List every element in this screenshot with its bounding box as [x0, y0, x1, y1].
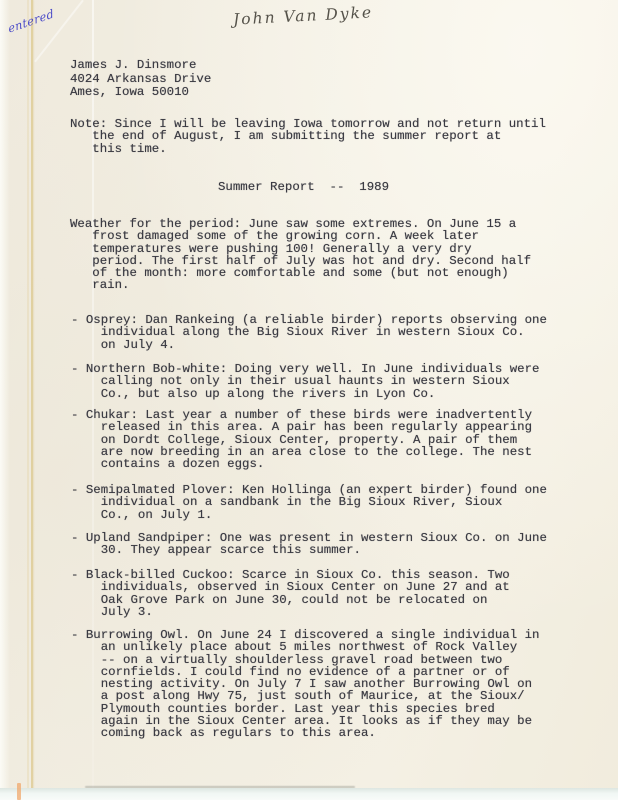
entry-chukar: - Chukar: Last year a number of these bi…: [71, 409, 532, 470]
entry-osprey: - Osprey: Dan Rankeing (a reliable birde…: [71, 314, 547, 351]
report-title: Summer Report -- 1989: [218, 181, 389, 193]
entry-upland-sandpiper: - Upland Sandpiper: One was present in w…: [71, 532, 547, 557]
weather-paragraph: Weather for the period: June saw some ex…: [70, 218, 531, 292]
recipient-name-handwritten-annotation: John Van Dyke: [233, 3, 374, 28]
paper-left-edge-highlight: [0, 0, 10, 790]
sender-address-block: James J. Dinsmore 4024 Arkansas Drive Am…: [70, 59, 211, 100]
entry-burrowing-owl: - Burrowing Owl. On June 24 I discovered…: [71, 629, 539, 740]
entry-semipalmated-plover: - Semipalmated Plover: Ken Hollinga (an …: [71, 484, 547, 521]
entry-northern-bob-white: - Northern Bob-white: Doing very well. I…: [71, 363, 539, 400]
bottom-orange-mark: [17, 783, 21, 800]
scanned-letter-page: entered John Van Dyke James J. Dinsmore …: [0, 0, 618, 800]
notebook-margin-line: [31, 0, 33, 789]
entry-black-billed-cuckoo: - Black-billed Cuckoo: Scarce in Sioux C…: [71, 569, 510, 618]
scan-bottom-edge: [0, 788, 618, 800]
note-paragraph: Note: Since I will be leaving Iowa tomor…: [70, 118, 546, 155]
